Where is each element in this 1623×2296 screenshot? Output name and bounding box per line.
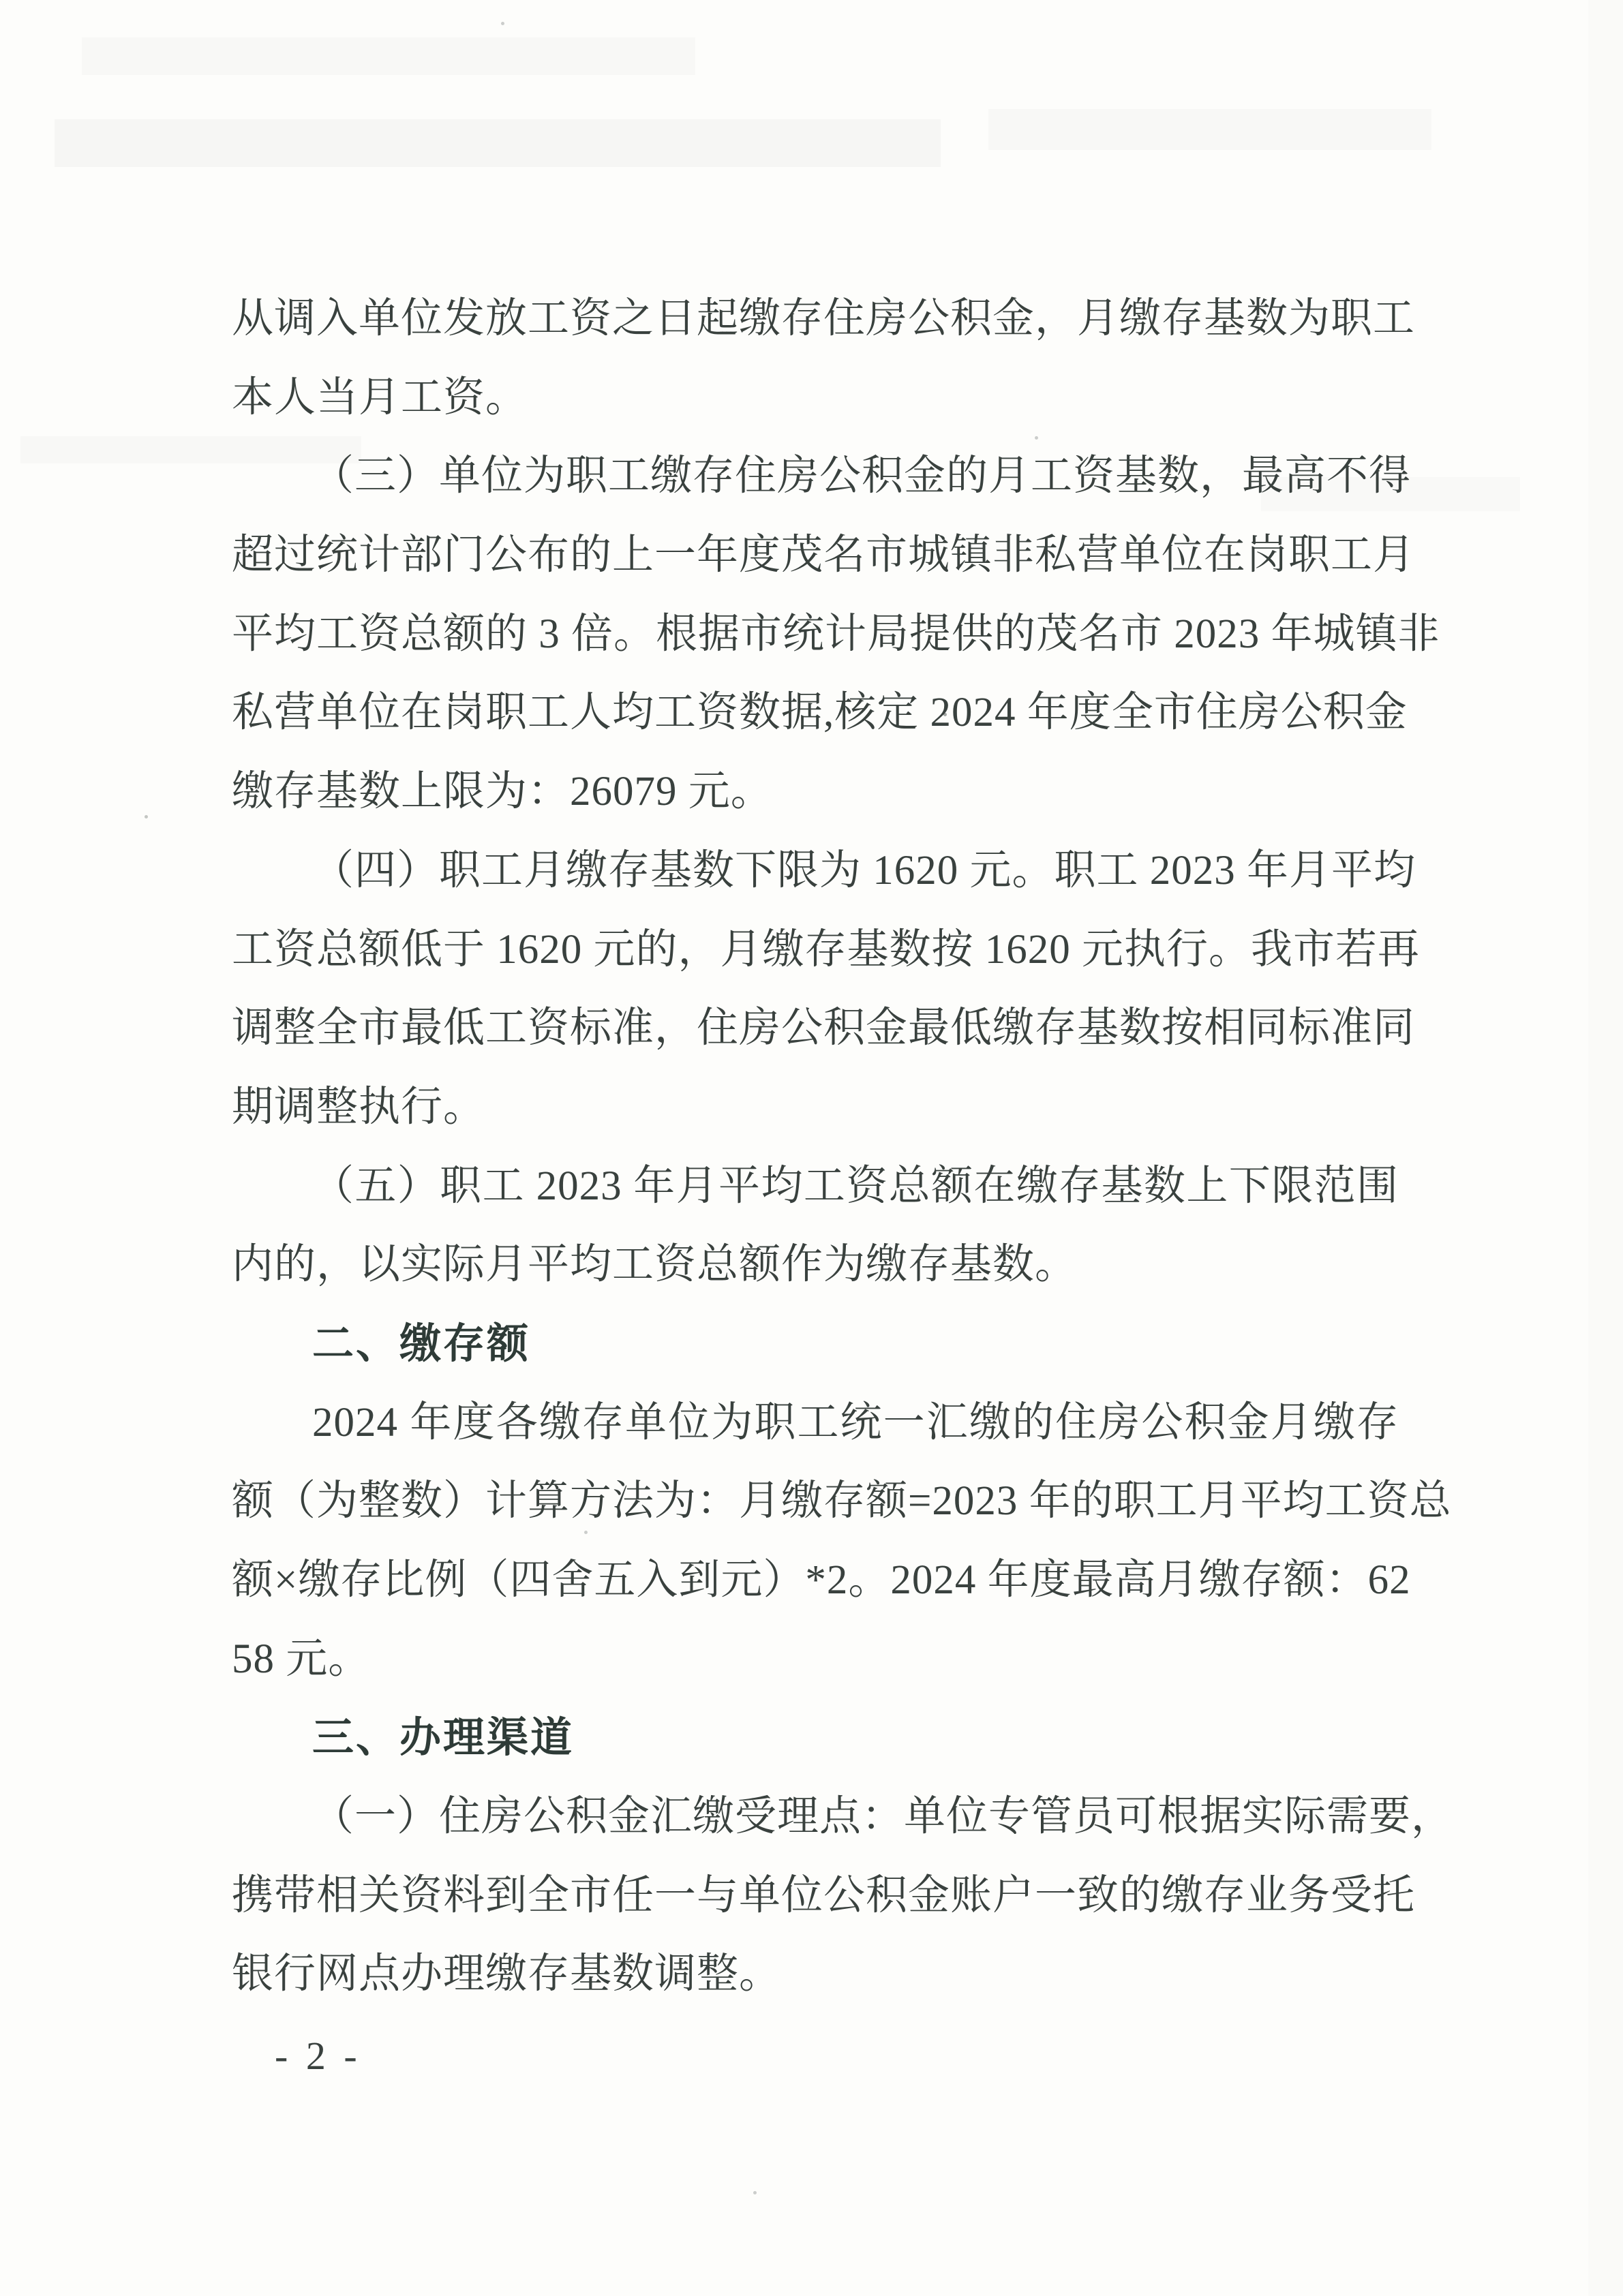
text-line: 超过统计部门公布的上一年度茂名市城镇非私营单位在岗职工月 — [232, 516, 1399, 595]
text-line: （一）住房公积金汇缴受理点：单位专管员可根据实际需要， — [232, 1777, 1399, 1856]
text-line: 缴存基数上限为：26079 元。 — [232, 752, 1399, 831]
text-line: 额（为整数）计算方法为：月缴存额=2023 年的职工月平均工资总 — [232, 1462, 1399, 1541]
text-line: （四）职工月缴存基数下限为 1620 元。职工 2023 年月平均 — [232, 831, 1399, 910]
scan-speck — [145, 815, 148, 818]
scan-artifact — [1588, 0, 1623, 2296]
text-line: 额×缴存比例（四舍五入到元）*2。2024 年度最高月缴存额：62 — [232, 1541, 1399, 1620]
text-line: 工资总额低于 1620 元的，月缴存基数按 1620 元执行。我市若再 — [232, 910, 1399, 990]
scan-artifact — [55, 119, 941, 167]
scan-speck — [753, 2191, 757, 2194]
text-line: （三）单位为职工缴存住房公积金的月工资基数，最高不得 — [232, 437, 1399, 516]
text-line: 2024 年度各缴存单位为职工统一汇缴的住房公积金月缴存 — [232, 1383, 1399, 1463]
scan-artifact — [82, 37, 695, 75]
text-line: 期调整执行。 — [232, 1068, 1399, 1147]
scanned-document-page: 从调入单位发放工资之日起缴存住房公积金，月缴存基数为职工 本人当月工资。 （三）… — [0, 0, 1623, 2296]
section-heading: 三、办理渠道 — [232, 1698, 1399, 1777]
scan-artifact — [988, 109, 1431, 150]
scan-speck — [501, 22, 504, 25]
text-line: 调整全市最低工资标准，住房公积金最低缴存基数按相同标准同 — [232, 989, 1399, 1068]
text-line: 58 元。 — [232, 1620, 1399, 1699]
document-body: 从调入单位发放工资之日起缴存住房公积金，月缴存基数为职工 本人当月工资。 （三）… — [232, 279, 1399, 2014]
text-line: 内的，以实际月平均工资总额作为缴存基数。 — [232, 1225, 1399, 1304]
page-number: - 2 - — [275, 2036, 361, 2076]
text-line: 私营单位在岗职工人均工资数据,核定 2024 年度全市住房公积金 — [232, 673, 1399, 752]
text-line: 银行网点办理缴存基数调整。 — [232, 1935, 1399, 2014]
text-line: 本人当月工资。 — [232, 358, 1399, 438]
text-line: （五）职工 2023 年月平均工资总额在缴存基数上下限范围 — [232, 1147, 1399, 1226]
text-line: 平均工资总额的 3 倍。根据市统计局提供的茂名市 2023 年城镇非 — [232, 595, 1399, 674]
text-line: 携带相关资料到全市任一与单位公积金账户一致的缴存业务受托 — [232, 1856, 1399, 1935]
text-line: 从调入单位发放工资之日起缴存住房公积金，月缴存基数为职工 — [232, 279, 1399, 358]
section-heading: 二、缴存额 — [232, 1304, 1399, 1383]
